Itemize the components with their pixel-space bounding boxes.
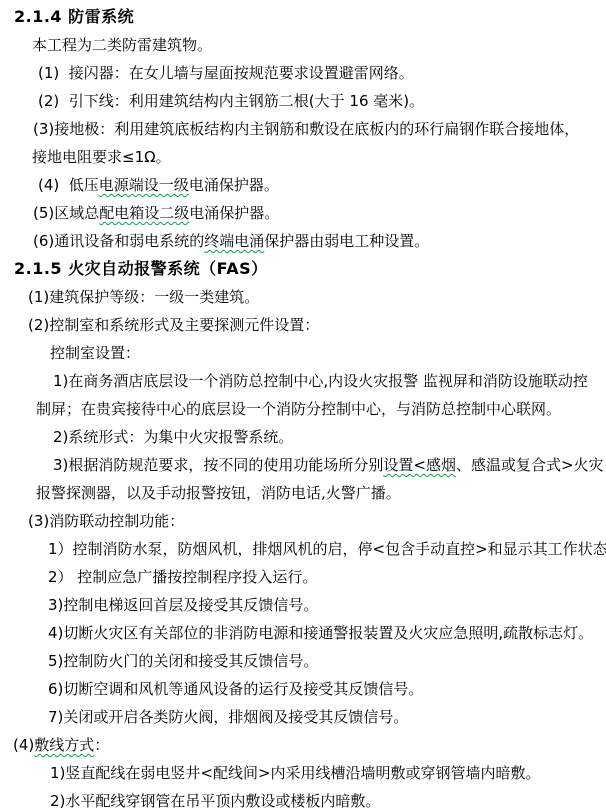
text-segment: (2) 引下线：利用建筑结构内主钢筋二根(大于 16 毫米)。 [38, 92, 424, 110]
text-segment: 控制室设置： [50, 344, 140, 362]
spellcheck-underlined-text: 终端电涌 [204, 232, 264, 250]
text-segment: 1）控制消防水泵，防烟风机，排烟风机的启，停<包含手动直控>和显示其工作状态。 [48, 540, 606, 558]
text-segment: (1) 接闪器：在女儿墙与屋面按规范要求设置避雷网络。 [38, 64, 414, 82]
text-segment: 2.1.5 火灾自动报警系统（FAS） [14, 259, 268, 278]
section-heading: 2.1.4 防雷系统 [0, 3, 606, 31]
text-line: 报警探测器，以及手动报警按钮，消防电话,火警广播。 [0, 479, 606, 507]
text-line: 7)关闭或开启各类防火阀，排烟阀及接受其反馈信号。 [0, 703, 606, 731]
text-segment: 5)控制防火门的关闭和接受其反馈信号。 [48, 652, 318, 670]
spellcheck-underlined-text: 设置<感烟 [383, 456, 456, 474]
text-segment: (6)通讯设备和弱电系统的 [33, 232, 204, 250]
text-segment: 3)控制电梯返回首层及接受其反馈信号。 [48, 596, 318, 614]
text-line: 制屏；在贵宾接待中心的底层设一个消防分控制中心，与消防总控制中心联网。 [0, 395, 606, 423]
text-segment: (2)控制室和系统形式及主要探测元件设置： [28, 316, 319, 334]
text-segment: 2)水平配线穿钢管在吊平顶内敷设或 [50, 792, 290, 808]
text-segment: (3)消防联动控制功能： [28, 512, 184, 530]
spellcheck-underlined-text: 配电箱设二级 [99, 204, 189, 222]
text-line: 控制室设置： [0, 339, 606, 367]
text-line: 1）控制消防水泵，防烟风机，排烟风机的启，停<包含手动直控>和显示其工作状态。 [0, 535, 606, 563]
text-segment: (1)建筑保护等级：一级一类建筑。 [28, 288, 259, 306]
text-segment: 2)系统形式：为集中火灾报警系统。 [53, 428, 293, 446]
text-segment: 2.1.4 防雷系统 [14, 7, 134, 26]
text-line: 2)水平配线穿钢管在吊平顶内敷设或楼板内暗敷。 [0, 787, 606, 808]
text-line: 本工程为二类防雷建筑物。 [0, 31, 606, 59]
text-line: 4)切断火灾区有关部位的非消防电源和接通警报装置及火灾应急照明,疏散标志灯。 [0, 619, 606, 647]
text-segment: 4)切断火灾区有关部位的非消防电源和接通警报装置及火灾应急照明,疏散标志灯。 [48, 624, 593, 642]
document-page: 2.1.4 防雷系统本工程为二类防雷建筑物。(1) 接闪器：在女儿墙与屋面按规范… [0, 0, 606, 808]
text-segment: 制屏；在贵宾接待中心的底层设一个消防分控制中心，与消防总控制中心联网。 [36, 400, 561, 418]
text-segment: 电涌保护器。 [189, 176, 279, 194]
text-line: (1)建筑保护等级：一级一类建筑。 [0, 283, 606, 311]
text-segment: 电涌保护器。 [189, 204, 279, 222]
document-body: 2.1.4 防雷系统本工程为二类防雷建筑物。(1) 接闪器：在女儿墙与屋面按规范… [0, 3, 606, 808]
text-line: 接地电阻要求≤1Ω。 [0, 143, 606, 171]
text-line: (6)通讯设备和弱电系统的终端电涌保护器由弱电工种设置。 [0, 227, 606, 255]
text-segment: 保护器由弱电工种设置。 [264, 232, 429, 250]
text-line: (5)区域总配电箱设二级电涌保护器。 [0, 199, 606, 227]
spellcheck-underlined-text: 敷线方式 [34, 736, 94, 754]
text-segment: ： [94, 736, 109, 754]
text-line: (2)控制室和系统形式及主要探测元件设置： [0, 311, 606, 339]
text-segment: (5)区域总 [33, 204, 99, 222]
text-line: (3)消防联动控制功能： [0, 507, 606, 535]
text-segment: 、感温或复合式>火灾 [456, 456, 604, 474]
text-line: 3)根据消防规范要求，按不同的使用功能场所分别设置<感烟、感温或复合式>火灾 [0, 451, 606, 479]
text-line: (4) 低压电源端设一级电涌保护器。 [0, 171, 606, 199]
text-line: 1)在商务酒店底层设一个消防总控制中心,内设火灾报警 监视屏和消防设施联动控 [0, 367, 606, 395]
text-segment: 本工程为二类防雷建筑物。 [32, 36, 212, 54]
text-line: (4)敷线方式： [0, 731, 606, 759]
text-segment: 报警探测器，以及手动报警按钮，消防电话,火警广播。 [36, 484, 401, 502]
text-line: (2) 引下线：利用建筑结构内主钢筋二根(大于 16 毫米)。 [0, 87, 606, 115]
spellcheck-underlined-text: 楼板内暗敷 [290, 792, 365, 808]
text-line: (3)接地极：利用建筑底板结构内主钢筋和敷设在底板内的环行扁钢作联合接地体， [0, 115, 606, 143]
text-line: 5)控制防火门的关闭和接受其反馈信号。 [0, 647, 606, 675]
text-segment: (4) [13, 736, 34, 754]
text-segment: 6)切断空调和风机等通风设备的运行及接受其反馈信号。 [48, 680, 423, 698]
text-segment: 3)根据消防规范要求，按不同的使用功能场所分别 [53, 456, 383, 474]
text-segment: 。 [365, 792, 380, 808]
text-line: (1) 接闪器：在女儿墙与屋面按规范要求设置避雷网络。 [0, 59, 606, 87]
section-heading: 2.1.5 火灾自动报警系统（FAS） [0, 255, 606, 283]
text-line: 1)竖直配线在弱电竖井<配线间>内采用线槽沿墙明敷或穿钢管墙内暗敷。 [0, 759, 606, 787]
text-line: 2)系统形式：为集中火灾报警系统。 [0, 423, 606, 451]
text-segment: (4) 低压 [38, 176, 99, 194]
text-segment: 接地电阻要求≤1Ω。 [32, 148, 171, 166]
text-segment: (3)接地极：利用建筑底板结构内主钢筋和敷设在底板内的环行扁钢作联合接地体， [33, 120, 579, 138]
text-line: 6)切断空调和风机等通风设备的运行及接受其反馈信号。 [0, 675, 606, 703]
text-segment: 1)竖直配线在弱电竖井<配线间>内采用线槽沿墙明敷或穿钢管墙内暗敷。 [50, 764, 541, 782]
text-segment: 1)在商务酒店底层设一个消防总控制中心,内设火灾报警 监视屏和消防设施联动控 [53, 372, 588, 390]
text-segment: 7)关闭或开启各类防火阀，排烟阀及接受其反馈信号。 [48, 708, 408, 726]
spellcheck-underlined-text: 电源端设一级 [99, 176, 189, 194]
text-line: 3)控制电梯返回首层及接受其反馈信号。 [0, 591, 606, 619]
text-segment: 2） 控制应急广播按控制程序投入运行。 [48, 568, 317, 586]
text-line: 2） 控制应急广播按控制程序投入运行。 [0, 563, 606, 591]
